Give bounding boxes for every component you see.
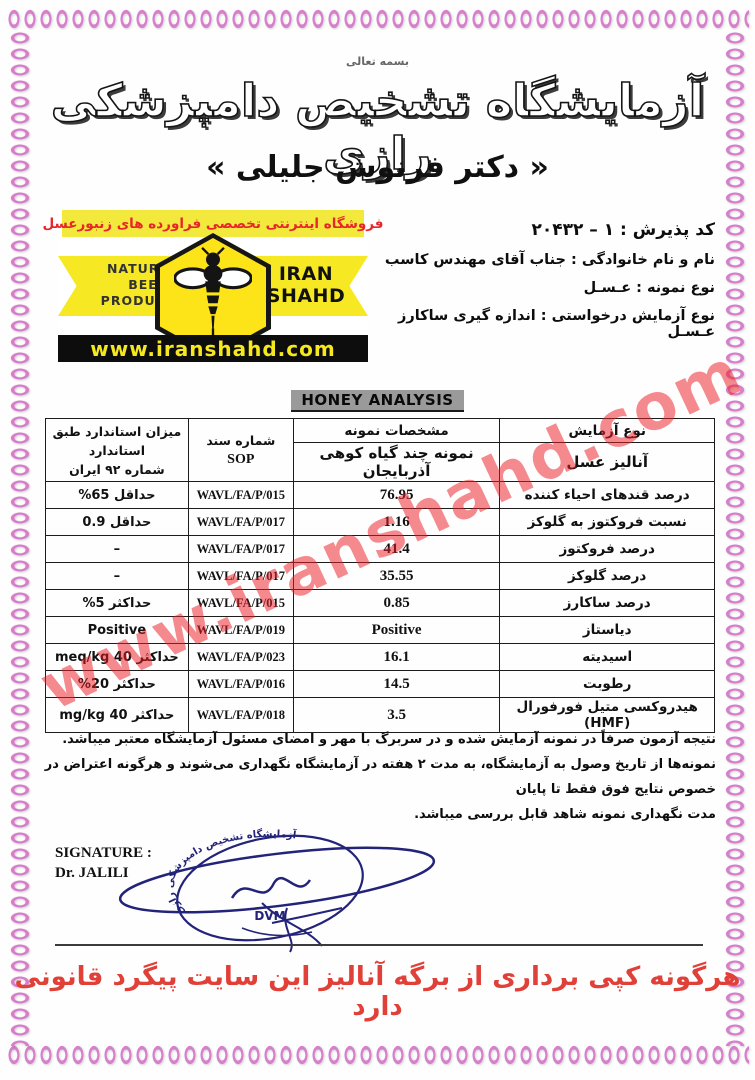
cell-value: 1.16: [293, 509, 500, 536]
cell-sop: WAVL/FA/P/015: [188, 482, 293, 509]
cell-value: 14.5: [293, 671, 500, 698]
header-sop-line2: SOP: [194, 450, 288, 469]
cell-test: نسبت فروکتوز به گلوکز: [500, 509, 715, 536]
cell-value: Positive: [293, 617, 500, 644]
admission-info: کد پذیرش : ۱ – ۲۰۴۳۲ نام و نام خانوادگی …: [370, 220, 715, 352]
lace-border-top: [6, 6, 749, 32]
table-row: دیاستاز Positive WAVL/FA/P/019 Positive: [46, 617, 715, 644]
logo-middle: NATURAL BEE PRODUCTS IRAN SHAHD: [58, 237, 368, 336]
logo-banner-text: فروشگاه اینترنتی تخصصی فراورده های زنبور…: [42, 216, 383, 232]
cell-sop: WAVL/FA/P/016: [188, 671, 293, 698]
table-row: درصد ساکارز 0.85 WAVL/FA/P/015 حداکثر 5%: [46, 590, 715, 617]
cell-test: درصد فروکتوز: [500, 536, 715, 563]
logo-shahd: SHAHD: [260, 285, 352, 307]
note-line-3: مدت نگهداری نمونه شاهد قابل بررسی میباشد…: [42, 802, 716, 827]
table-row: درصد قندهای احیاء کننده 76.95 WAVL/FA/P/…: [46, 482, 715, 509]
client-name: نام و نام خانوادگی : جناب آقای مهندس کاس…: [370, 252, 715, 268]
cell-sop: WAVL/FA/P/017: [188, 563, 293, 590]
honey-analysis-title: HONEY ANALYSIS: [291, 390, 463, 412]
cell-standard: –: [46, 536, 189, 563]
cell-value: 41.4: [293, 536, 500, 563]
doctor-name: « دکتر فرنوش جلیلی »: [0, 150, 755, 185]
logo-iran: IRAN: [260, 263, 352, 285]
cell-test: رطوبت: [500, 671, 715, 698]
header-test-type-sub: آنالیز عسل: [500, 443, 715, 482]
stamp-and-signature: آزمایشگاه تشخیص دامپزشکی رازی DVM: [112, 828, 442, 956]
cell-standard: حداکثر 5%: [46, 590, 189, 617]
certificate-page: بسمه تعالی آزمایشگاه تشخیص دامپزشکی رازی…: [0, 0, 755, 1080]
lace-border-bottom: [6, 1042, 749, 1068]
logo-website-text: www.iranshahd.com: [90, 337, 335, 361]
copy-warning: هرگونه کپی برداری از برگه آنالیز این سای…: [0, 962, 755, 1022]
header-test-type: نوع آزمایش: [500, 419, 715, 443]
table-row: درصد گلوکز 35.55 WAVL/FA/P/017 –: [46, 563, 715, 590]
cell-value: 76.95: [293, 482, 500, 509]
admission-code: کد پذیرش : ۱ – ۲۰۴۳۲: [370, 220, 715, 240]
cell-test: درصد قندهای احیاء کننده: [500, 482, 715, 509]
cell-test: درصد ساکارز: [500, 590, 715, 617]
iranshahd-logo: فروشگاه اینترنتی تخصصی فراورده های زنبور…: [58, 210, 368, 362]
stamp-degree-text: DVM: [254, 909, 285, 923]
cell-sop: WAVL/FA/P/017: [188, 536, 293, 563]
cell-standard: حداکثر 20%: [46, 671, 189, 698]
table-row: نسبت فروکتوز به گلوکز 1.16 WAVL/FA/P/017…: [46, 509, 715, 536]
footer-notes: نتیجه آزمون صرفاً در نمونه آزمایش شده و …: [42, 727, 716, 827]
section-title-wrap: HONEY ANALYSIS: [0, 390, 755, 412]
note-line-2: نمونه‌ها از تاریخ وصول به آزمایشگاه، به …: [42, 752, 716, 802]
header-sample-specs: مشخصات نمونه: [293, 419, 500, 443]
table-row: اسیدیته 16.1 WAVL/FA/P/023 حداکثر 40 meq…: [46, 644, 715, 671]
cell-sop: WAVL/FA/P/017: [188, 509, 293, 536]
bee-icon: [174, 247, 252, 347]
stamp-ring-text: آزمایشگاه تشخیص دامپزشکی رازی: [165, 828, 298, 918]
header-standard-line2: شماره ۹۲ ایران: [51, 460, 183, 479]
logo-top-banner: فروشگاه اینترنتی تخصصی فراورده های زنبور…: [62, 210, 364, 237]
cell-standard: حداقل 65%: [46, 482, 189, 509]
header-sop: شماره سند SOP: [188, 419, 293, 482]
divider-line: [55, 944, 703, 946]
logo-right-text: IRAN SHAHD: [260, 263, 352, 307]
cell-standard: حداکثر 40 meq/kg: [46, 644, 189, 671]
requested-test: نوع آزمایش درخواستی : اندازه گیری ساکارز…: [370, 308, 715, 340]
cell-value: 16.1: [293, 644, 500, 671]
header-sample-specs-sub: نمونه چند گیاه کوهی آذربایجان: [293, 443, 500, 482]
note-line-1: نتیجه آزمون صرفاً در نمونه آزمایش شده و …: [42, 727, 716, 752]
cell-test: درصد گلوکز: [500, 563, 715, 590]
cell-sop: WAVL/FA/P/015: [188, 590, 293, 617]
cell-standard: Positive: [46, 617, 189, 644]
sample-type: نوع نمونه : عـسـل: [370, 280, 715, 296]
cell-sop: WAVL/FA/P/023: [188, 644, 293, 671]
cell-test: اسیدیته: [500, 644, 715, 671]
cell-test: دیاستاز: [500, 617, 715, 644]
header-standard: میزان استاندارد طبق استاندارد شماره ۹۲ ا…: [46, 419, 189, 482]
header-standard-line1: میزان استاندارد طبق استاندارد: [51, 422, 183, 460]
table-row: رطوبت 14.5 WAVL/FA/P/016 حداکثر 20%: [46, 671, 715, 698]
logo-website-bar: www.iranshahd.com: [58, 335, 368, 362]
cell-value: 35.55: [293, 563, 500, 590]
cell-standard: حداقل 0.9: [46, 509, 189, 536]
analysis-table: نوع آزمایش مشخصات نمونه شماره سند SOP می…: [45, 418, 715, 733]
table-row: درصد فروکتوز 41.4 WAVL/FA/P/017 –: [46, 536, 715, 563]
cell-sop: WAVL/FA/P/019: [188, 617, 293, 644]
cell-standard: –: [46, 563, 189, 590]
header-sop-line1: شماره سند: [194, 431, 288, 450]
cell-value: 0.85: [293, 590, 500, 617]
bismillah-text: بسمه تعالی: [0, 55, 755, 68]
